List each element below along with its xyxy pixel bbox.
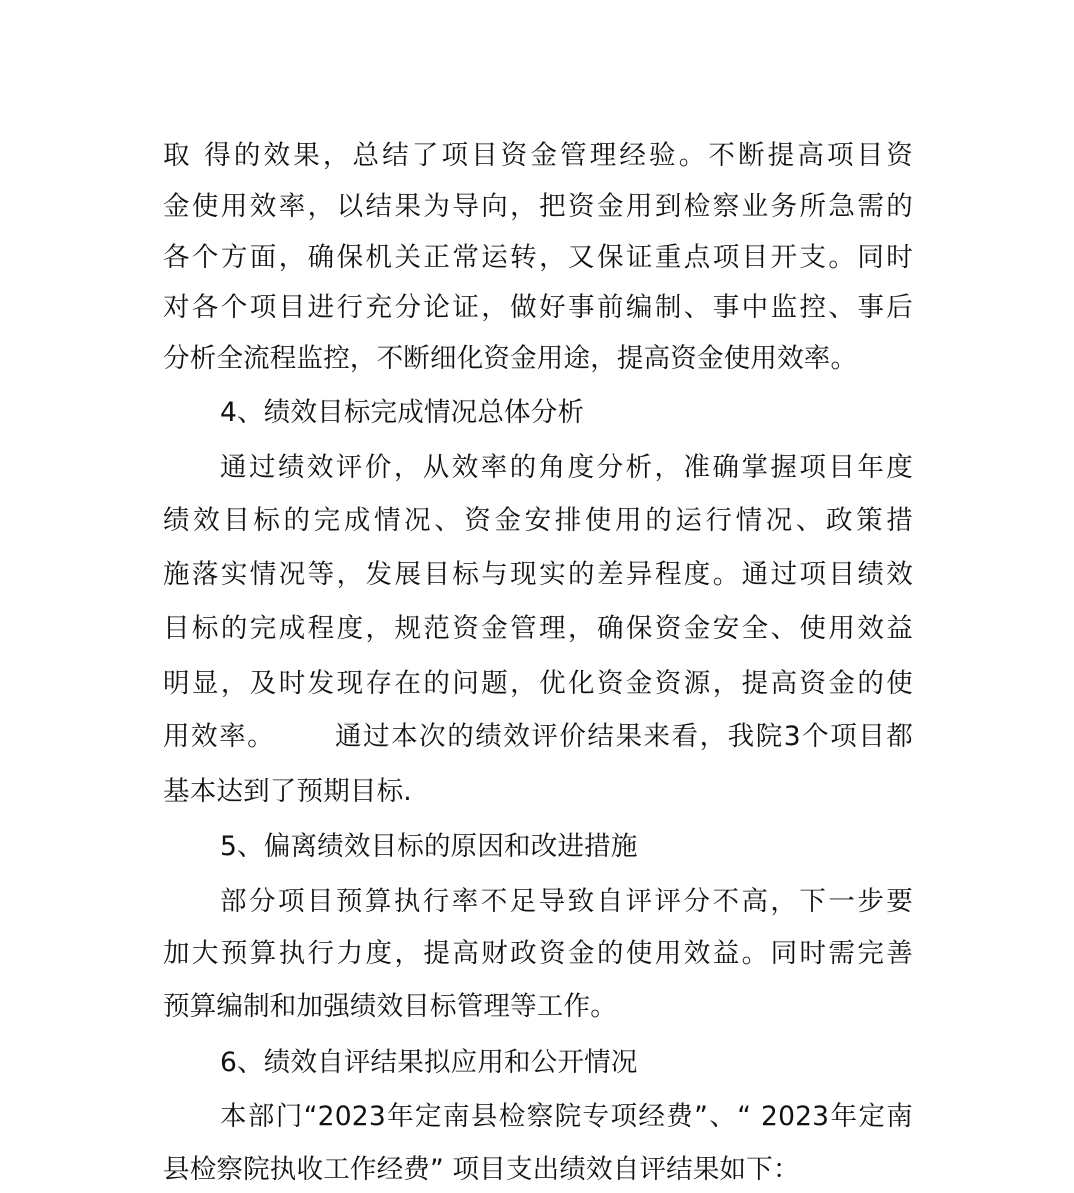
body-line-5: 分析全流程监控，不断细化资金用途，提高资金使用效率。	[163, 341, 913, 377]
paragraph-start-line: 本部门“2023年定南县检察院专项经费”、“ 2023年定南	[220, 1099, 913, 1135]
paragraph-start-line: 通过绩效评价，从效率的角度分析，准确掌握项目年度	[220, 450, 913, 486]
section-heading-6: 6、绩效自评结果拟应用和公开情况	[220, 1045, 638, 1081]
body-line-4: 对各个项目进行充分论证，做好事前编制、事中监控、事后	[163, 290, 913, 326]
body-line-12: 用效率。 通过本次的绩效评价结果来看，我院3个项目都	[163, 719, 913, 755]
body-line-16: 加大预算执行力度，提高财政资金的使用效益。同时需完善	[163, 936, 913, 972]
body-line-10: 目标的完成程度，规范资金管理，确保资金安全、使用效益	[163, 611, 913, 647]
body-line-13: 基本达到了预期目标.	[163, 774, 913, 810]
body-line-8: 绩效目标的完成情况、资金安排使用的运行情况、政策措	[163, 503, 913, 539]
body-line-11: 明显，及时发现存在的问题，优化资金资源，提高资金的使	[163, 666, 913, 702]
body-line-20: 县检察院执收工作经费” 项目支出绩效自评结果如下：	[163, 1152, 913, 1188]
body-line-17: 预算编制和加强绩效目标管理等工作。	[163, 989, 913, 1025]
section-heading-5: 5、偏离绩效目标的原因和改进措施	[220, 829, 638, 865]
body-line-9: 施落实情况等，发展目标与现实的差异程度。通过项目绩效	[163, 557, 913, 593]
section-heading-4: 4、绩效目标完成情况总体分析	[220, 395, 584, 431]
body-line-2: 金使用效率，以结果为导向，把资金用到检察业务所急需的	[163, 189, 913, 225]
body-line-3: 各个方面，确保机关正常运转，又保证重点项目开支。同时	[163, 240, 913, 276]
paragraph-start-line: 部分项目预算执行率不足导致自评评分不高，下一步要	[220, 884, 913, 920]
body-line-1: 取 得的效果，总结了项目资金管理经验。不断提高项目资	[163, 138, 913, 174]
document-page: 取 得的效果，总结了项目资金管理经验。不断提高项目资 金使用效率，以结果为导向，…	[0, 0, 1074, 1193]
